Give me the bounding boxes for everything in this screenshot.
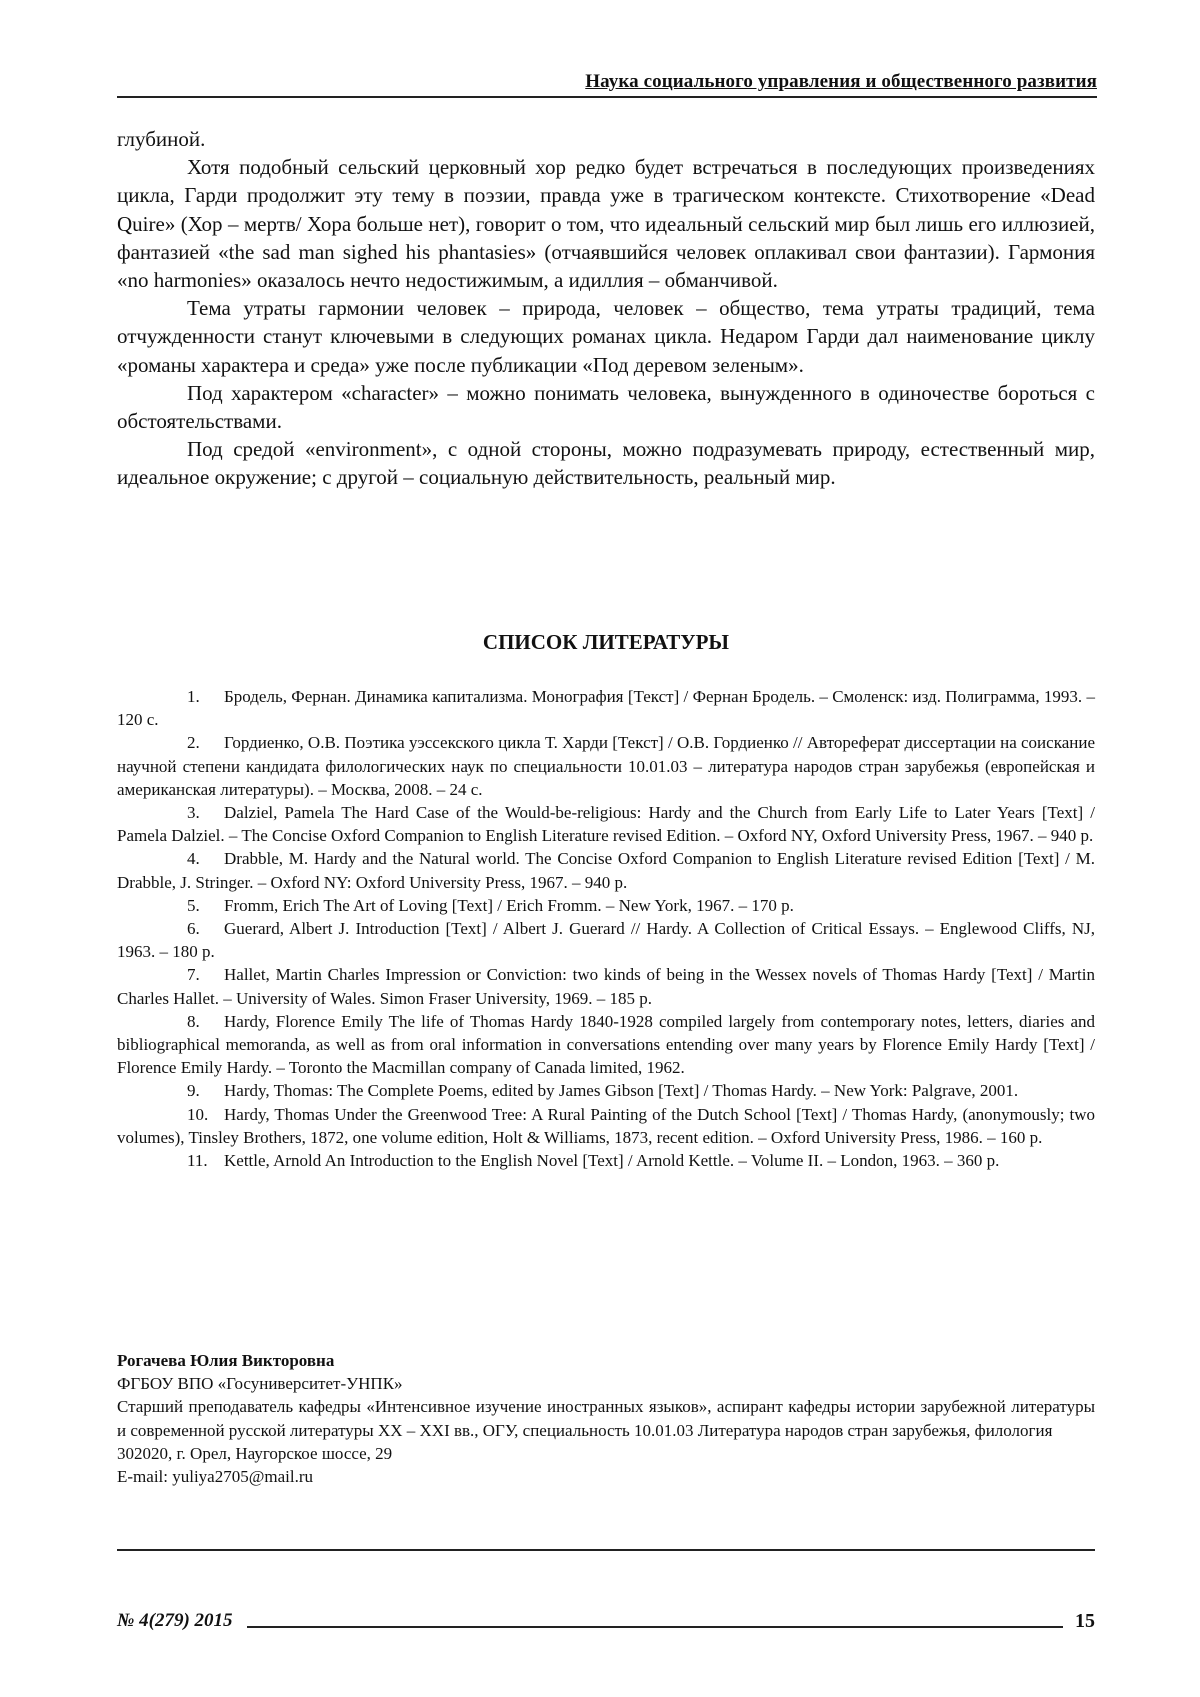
body-paragraph: Под средой «environment», с одной сторон…	[117, 435, 1095, 491]
reference-number: 9.	[187, 1079, 224, 1102]
reference-text: Dalziel, Pamela The Hard Case of the Wou…	[117, 803, 1095, 845]
reference-number: 5.	[187, 894, 224, 917]
reference-item: 4.Drabble, M. Hardy and the Natural worl…	[117, 847, 1095, 893]
references-list: 1.Бродель, Фернан. Динамика капитализма.…	[117, 685, 1095, 1172]
reference-text: Guerard, Albert J. Introduction [Text] /…	[117, 919, 1095, 961]
author-email: E-mail: yuliya2705@mail.ru	[117, 1465, 1095, 1488]
reference-text: Fromm, Erich The Art of Loving [Text] / …	[224, 896, 794, 915]
reference-item: 11.Kettle, Arnold An Introduction to the…	[117, 1149, 1095, 1172]
reference-item: 1.Бродель, Фернан. Динамика капитализма.…	[117, 685, 1095, 731]
reference-item: 3.Dalziel, Pamela The Hard Case of the W…	[117, 801, 1095, 847]
reference-number: 3.	[187, 801, 224, 824]
reference-text: Hardy, Florence Emily The life of Thomas…	[117, 1012, 1095, 1077]
reference-number: 1.	[187, 685, 224, 708]
body-paragraph: глубиной.	[117, 125, 1095, 153]
reference-number: 7.	[187, 963, 224, 986]
reference-text: Hallet, Martin Charles Impression or Con…	[117, 965, 1095, 1007]
reference-item: 6.Guerard, Albert J. Introduction [Text]…	[117, 917, 1095, 963]
journal-title: Наука социального управления и обществен…	[585, 71, 1097, 92]
author-info: Рогачева Юлия Викторовна ФГБОУ ВПО «Госу…	[117, 1349, 1095, 1488]
article-body: глубиной. Хотя подобный сельский церковн…	[117, 125, 1095, 492]
reference-number: 8.	[187, 1010, 224, 1033]
running-footer: № 4(279) 2015 15	[117, 1604, 1095, 1632]
body-paragraph: Хотя подобный сельский церковный хор ред…	[117, 153, 1095, 294]
footer-divider	[117, 1549, 1095, 1551]
reference-item: 7.Hallet, Martin Charles Impression or C…	[117, 963, 1095, 1009]
author-name: Рогачева Юлия Викторовна	[117, 1349, 1095, 1372]
reference-item: 8.Hardy, Florence Emily The life of Thom…	[117, 1010, 1095, 1080]
references-heading: СПИСОК ЛИТЕРАТУРЫ	[117, 629, 1095, 655]
footer-rule	[247, 1626, 1063, 1628]
reference-number: 2.	[187, 731, 224, 754]
reference-item: 2.Гордиенко, О.В. Поэтика уэссекского ци…	[117, 731, 1095, 801]
issue-number: № 4(279) 2015	[117, 1610, 233, 1632]
author-address: 302020, г. Орел, Наугорское шоссе, 29	[117, 1442, 1095, 1465]
reference-text: Гордиенко, О.В. Поэтика уэссекского цикл…	[117, 733, 1095, 798]
running-header: Наука социального управления и обществен…	[117, 70, 1097, 98]
reference-item: 10.Hardy, Thomas Under the Greenwood Tre…	[117, 1103, 1095, 1149]
reference-item: 9.Hardy, Thomas: The Complete Poems, edi…	[117, 1079, 1095, 1102]
body-paragraph: Тема утраты гармонии человек – природа, …	[117, 294, 1095, 379]
reference-text: Hardy, Thomas Under the Greenwood Tree: …	[117, 1105, 1095, 1147]
reference-text: Hardy, Thomas: The Complete Poems, edite…	[224, 1081, 1018, 1100]
reference-text: Бродель, Фернан. Динамика капитализма. М…	[117, 687, 1095, 729]
reference-number: 11.	[187, 1149, 224, 1172]
author-organization: ФГБОУ ВПО «Госуниверситет-УНПК»	[117, 1372, 1095, 1395]
reference-number: 10.	[187, 1103, 224, 1126]
page-number: 15	[1075, 1610, 1095, 1632]
author-position: Старший преподаватель кафедры «Интенсивн…	[117, 1395, 1095, 1441]
reference-item: 5.Fromm, Erich The Art of Loving [Text] …	[117, 894, 1095, 917]
body-paragraph: Под характером «character» – можно поним…	[117, 379, 1095, 435]
reference-number: 4.	[187, 847, 224, 870]
reference-text: Kettle, Arnold An Introduction to the En…	[224, 1151, 999, 1170]
reference-text: Drabble, M. Hardy and the Natural world.…	[117, 849, 1095, 891]
reference-number: 6.	[187, 917, 224, 940]
